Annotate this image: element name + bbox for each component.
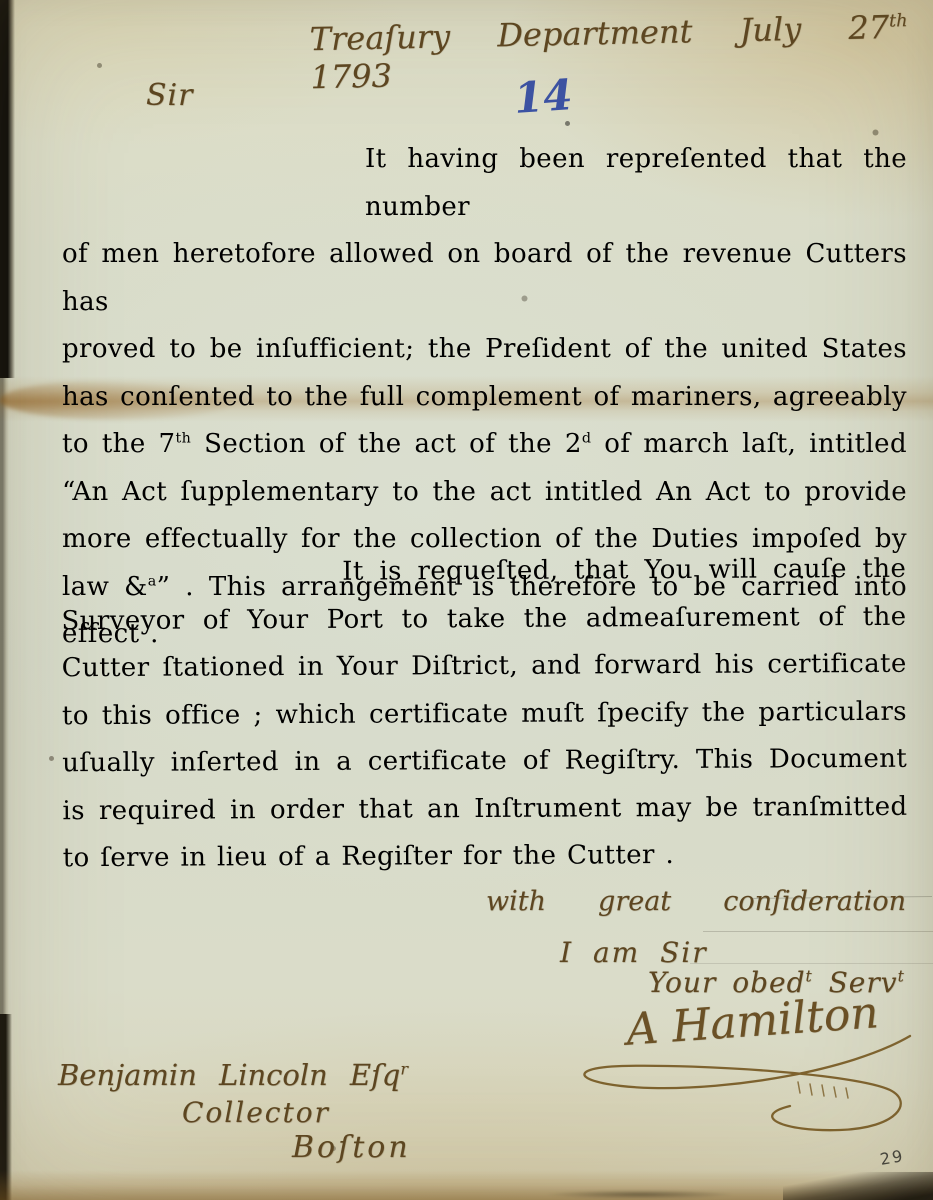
- addressee-city: Boſton: [292, 1130, 411, 1165]
- closing-i-am-sir: I am Sir: [560, 936, 708, 969]
- letter-line: uſually inſerted in a certificate of Reg…: [62, 736, 907, 788]
- closing-consideration: with great conſideration: [486, 886, 906, 917]
- binding-edge-top: [0, 0, 15, 378]
- paper-specks: [0, 0, 3, 3]
- bottom-smudge: [545, 1190, 735, 1199]
- letter-line: to the 7th Section of the act of the 2d …: [62, 421, 907, 469]
- letter-line: has conſented to the full complement of …: [62, 374, 907, 422]
- letter-line: It is requeſted, that You will cauſe the: [61, 546, 906, 598]
- letter-line: to this office ; which certificate muſt …: [62, 688, 907, 740]
- paragraph-two: It is requeſted, that You will cauſe the…: [61, 546, 908, 883]
- folio-number-blue-ink: 14: [512, 70, 574, 123]
- scratch-line: [703, 931, 933, 932]
- manuscript-letter-scan: Treaſury Department July 27th 1793 Sir 1…: [0, 0, 933, 1200]
- letter-line: “An Act ſupplementary to the act intitle…: [62, 469, 907, 517]
- salutation: Sir: [146, 78, 194, 113]
- letter-line: of men heretofore allowed on board of th…: [62, 231, 907, 326]
- bottom-right-corner-shadow: [783, 1172, 933, 1200]
- signature-flourish: [548, 1028, 933, 1168]
- scratch-line: [690, 963, 933, 964]
- dateline: Treaſury Department July 27th 1793: [309, 8, 908, 97]
- addressee-name: Benjamin Lincoln Eſqr: [58, 1058, 408, 1092]
- letter-line: Surveyor of Your Port to take the admeaſ…: [61, 593, 906, 645]
- letter-line: It having been repreſented that the numb…: [62, 136, 907, 231]
- letter-line: to ſerve in lieu of a Regiſter for the C…: [63, 831, 908, 883]
- letter-line: is required in order that an Inſtrument …: [62, 783, 907, 835]
- letter-line: Cutter ſtationed in Your Diſtrict, and f…: [62, 641, 907, 693]
- binding-edge-middle: [0, 378, 9, 1014]
- letter-line: proved to be inſufficient; the Preſident…: [62, 326, 907, 374]
- addressee-title: Collector: [182, 1096, 330, 1129]
